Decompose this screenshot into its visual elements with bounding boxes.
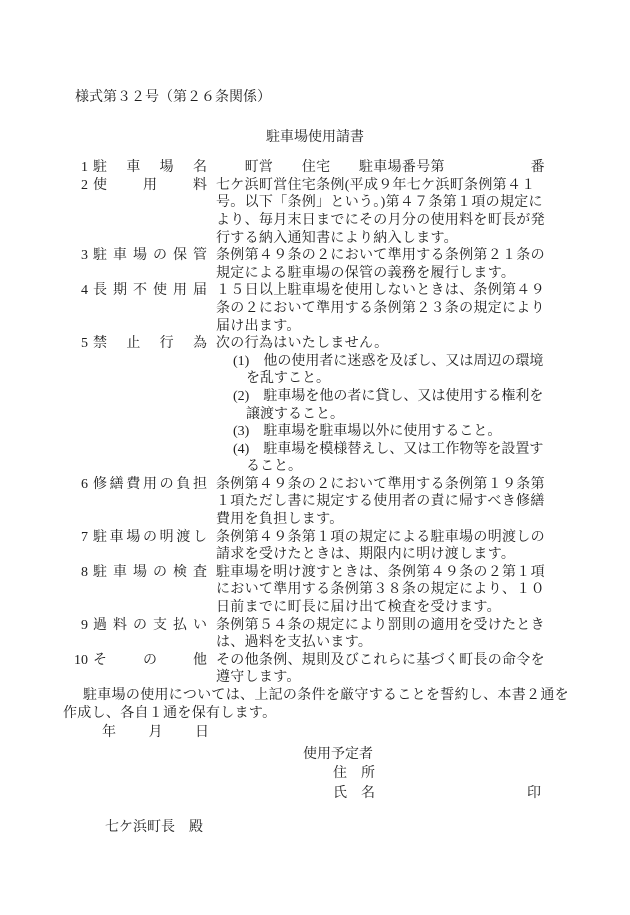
item-content: その他条例、規則及びこれらに基づく町長の命令を遵守します。	[216, 652, 548, 687]
seal-label: 印	[527, 786, 541, 801]
prohibited-act-4: (4) 駐車場を模様替えし、又は工作物等を設置すること。	[246, 441, 548, 476]
prohibited-act-1: (1) 他の使用者に迷惑を及ぼし、又は周辺の環境を乱すこと。	[246, 353, 548, 388]
item-number: 1	[63, 159, 88, 177]
signer-address-line: 住 所	[333, 764, 630, 783]
item-row-parking-name: 1 駐車場名 町営 住宅 駐車場番号第 番	[63, 159, 630, 177]
page-title: 駐車場使用請書	[0, 129, 630, 147]
item-row-usage-fee: 2 使用料 七ケ浜町営住宅条例(平成９年七ケ浜町条例第４１号。以下「条例」という…	[63, 177, 630, 247]
name-label: 氏 名	[333, 786, 375, 801]
signer-block: 使用予定者 住 所 氏 名印	[303, 745, 630, 803]
item-content: 条例第４９条の２において準用する条例第２１条の規定による駐車場の保管の義務を履行…	[216, 247, 548, 282]
item-label: 駐車場の明渡し	[93, 529, 207, 547]
item-number: 8	[63, 564, 88, 582]
item-number: 3	[63, 247, 88, 265]
signer-name-line: 氏 名印	[333, 784, 630, 803]
item-row-prohibited-acts: 5 禁止行為 次の行為はいたしません。 (1) 他の使用者に迷惑を及ぼし、又は周…	[63, 335, 630, 476]
item-content: １５日以上駐車場を使用しないときは、条例第４９条の２において準用する条例第２３条…	[216, 282, 548, 335]
item-content: 駐車場を明け渡すときは、条例第４９条の２第１項において準用する条例第３８条の規定…	[216, 564, 548, 617]
item-label: 使用料	[93, 177, 207, 195]
item-number: 4	[63, 282, 88, 300]
item-content: 七ケ浜町営住宅条例(平成９年七ケ浜町条例第４１号。以下「条例」という。)第４７条…	[216, 177, 548, 247]
prohibited-act-3: (3) 駐車場を駐車場以外に使用すること。	[246, 423, 548, 441]
items-list: 1 駐車場名 町営 住宅 駐車場番号第 番 2 使用料 七ケ浜町営住宅条例(平成…	[63, 159, 630, 687]
address-label: 住 所	[333, 766, 375, 781]
item-row-others: 10 その他 その他条例、規則及びこれらに基づく町長の命令を遵守します。	[63, 652, 630, 687]
date-line: 年 月 日	[102, 723, 630, 742]
closing-paragraph: 駐車場の使用については、上記の条件を厳守することを誓約し、本書２通を作成し、各自…	[63, 687, 575, 722]
item-label: その他	[93, 652, 207, 670]
item-content: 条例第４９条第１項の規定による駐車場の明渡しの請求を受けたときは、期限内に明け渡…	[216, 529, 548, 564]
item-content: 条例第４９条の２において準用する条例第１９条第１項ただし書に規定する使用者の責に…	[216, 476, 548, 529]
item-number: 5	[63, 335, 88, 353]
form-number: 様式第３２号（第２６条関係）	[75, 0, 630, 107]
item-row-custody: 3 駐車場の保管 条例第４９条の２において準用する条例第２１条の規定による駐車場…	[63, 247, 630, 282]
signer-heading: 使用予定者	[303, 745, 630, 764]
item-row-repair-costs: 6 修繕費用の負担 条例第４９条の２において準用する条例第１９条第１項ただし書に…	[63, 476, 630, 529]
item-row-fine-payment: 9 過料の支払い 条例第５４条の規定により罰則の適用を受けたときは、過料を支払い…	[63, 617, 630, 652]
item-content-text: 次の行為はいたしません。	[216, 335, 548, 353]
item-row-long-term-nonuse: 4 長期不使用届 １５日以上駐車場を使用しないときは、条例第４９条の２において準…	[63, 282, 630, 335]
item-content: 町営 住宅 駐車場番号第 番	[216, 159, 548, 177]
addressee: 七ケ浜町長 殿	[105, 819, 630, 837]
item-number: 7	[63, 529, 88, 547]
item-label: 駐車場の検査	[93, 564, 207, 582]
item-number: 9	[63, 617, 88, 635]
document-page: 様式第３２号（第２６条関係） 駐車場使用請書 1 駐車場名 町営 住宅 駐車場番…	[0, 0, 630, 915]
item-label: 駐車場名	[93, 159, 207, 177]
item-label: 過料の支払い	[93, 617, 207, 635]
item-content: 条例第５４条の規定により罰則の適用を受けたときは、過料を支払います。	[216, 617, 548, 652]
item-label: 禁止行為	[93, 335, 207, 353]
item-number: 10	[63, 652, 88, 670]
item-label: 長期不使用届	[93, 282, 207, 300]
item-number: 2	[63, 177, 88, 195]
item-label: 駐車場の保管	[93, 247, 207, 265]
prohibited-act-2: (2) 駐車場を他の者に貸し、又は使用する権利を譲渡すること。	[246, 388, 548, 423]
item-content: 次の行為はいたしません。 (1) 他の使用者に迷惑を及ぼし、又は周辺の環境を乱す…	[216, 335, 548, 476]
item-row-inspection: 8 駐車場の検査 駐車場を明け渡すときは、条例第４９条の２第１項において準用する…	[63, 564, 630, 617]
item-row-vacating: 7 駐車場の明渡し 条例第４９条第１項の規定による駐車場の明渡しの請求を受けたと…	[63, 529, 630, 564]
item-label: 修繕費用の負担	[93, 476, 207, 494]
item-number: 6	[63, 476, 88, 494]
